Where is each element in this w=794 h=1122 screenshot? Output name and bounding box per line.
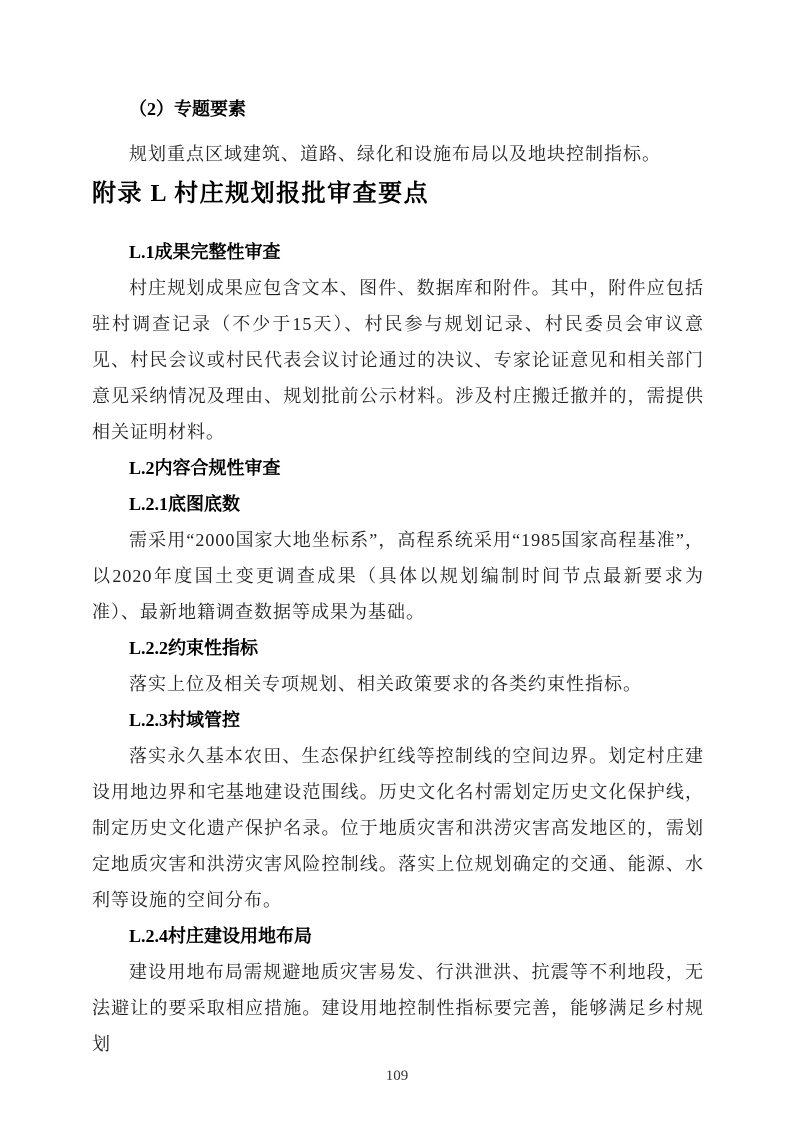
section-paragraph-l23: 落实永久基本农田、生态保护红线等控制线的空间边界。划定村庄建设用地边界和宅基地建… <box>92 738 704 918</box>
section-paragraph-l22: 落实上位及相关专项规划、相关政策要求的各类约束性指标。 <box>92 666 704 702</box>
appendix-title: 附录 L 村庄规划报批审查要点 <box>92 172 704 216</box>
section-heading-l24: L.2.4村庄建设用地布局 <box>92 918 704 954</box>
section-heading-l21: L.2.1底图底数 <box>92 486 704 522</box>
page-number: 109 <box>0 1066 794 1086</box>
section-paragraph-l21: 需采用“2000国家大地坐标系”，高程系统采用“1985国家高程基准”，以202… <box>92 522 704 630</box>
section-heading-l22: L.2.2约束性指标 <box>92 630 704 666</box>
document-body: （2）专题要素 规划重点区域建筑、道路、绿化和设施布局以及地块控制指标。 附录 … <box>92 91 704 1062</box>
section-heading-l2: L.2内容合规性审查 <box>92 450 704 486</box>
section-paragraph-l1: 村庄规划成果应包含文本、图件、数据库和附件。其中，附件应包括驻村调查记录（不少于… <box>92 270 704 450</box>
subsection-paragraph: 规划重点区域建筑、道路、绿化和设施布局以及地块控制指标。 <box>92 136 704 172</box>
section-paragraph-l24: 建设用地布局需规避地质灾害易发、行洪泄洪、抗震等不利地段，无法避让的要采取相应措… <box>92 954 704 1062</box>
document-page: （2）专题要素 规划重点区域建筑、道路、绿化和设施布局以及地块控制指标。 附录 … <box>0 0 794 1122</box>
section-heading-l23: L.2.3村域管控 <box>92 702 704 738</box>
section-heading-l1: L.1成果完整性审查 <box>92 234 704 270</box>
subsection-heading: （2）专题要素 <box>92 91 704 127</box>
